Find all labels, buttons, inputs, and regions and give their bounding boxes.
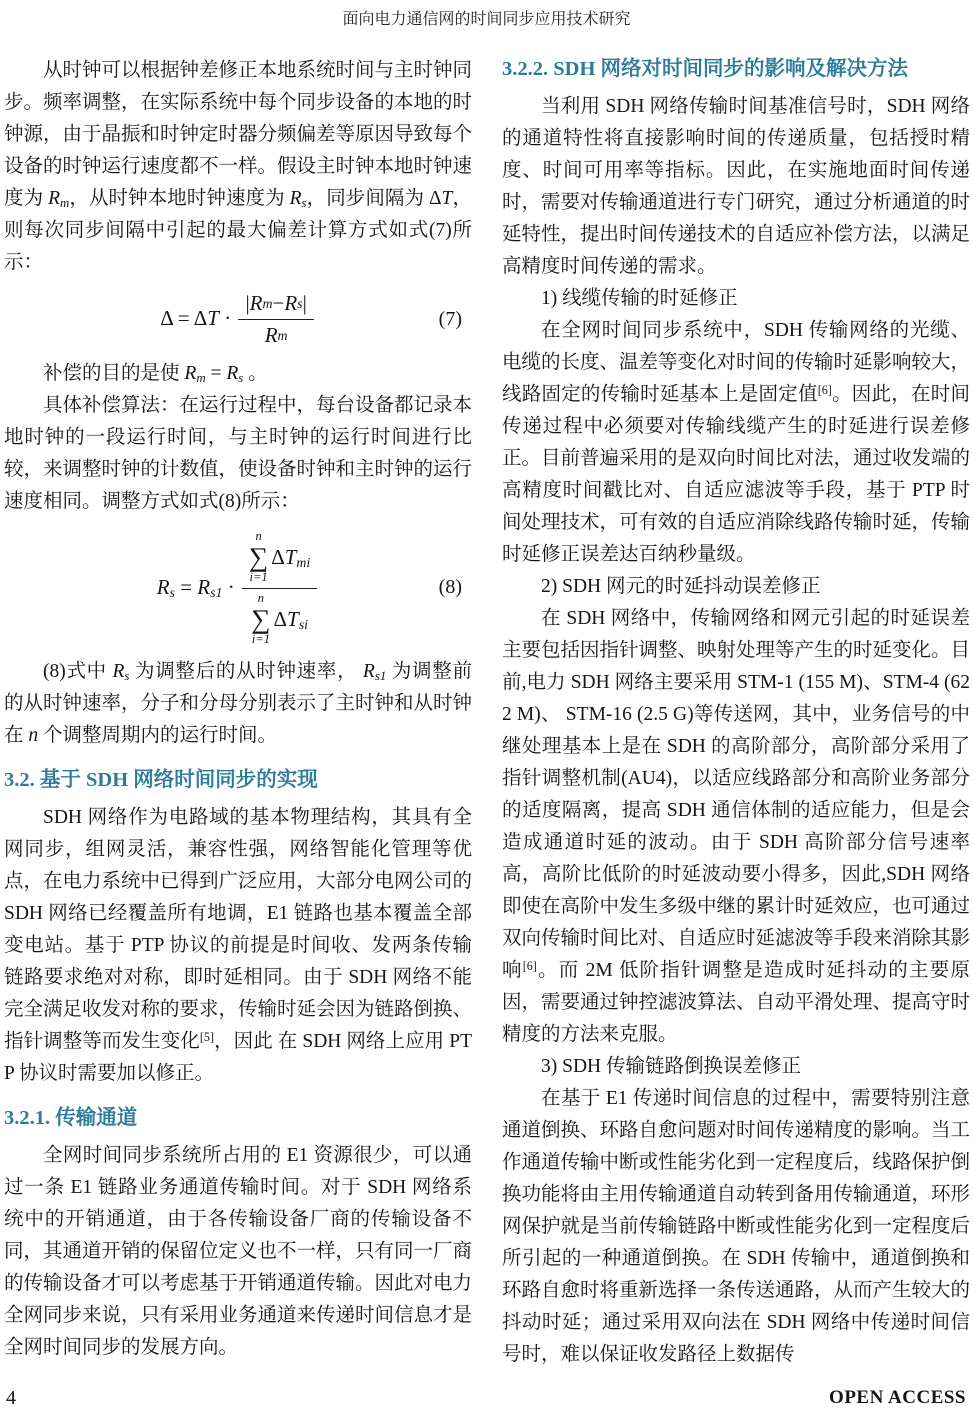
equation-7-denominator: Rm <box>265 320 288 348</box>
equation-7-number: (7) <box>439 307 462 331</box>
sum-term: ΔTmi <box>271 545 310 570</box>
list-item: 2) SDH 网元的时延抖动误差修正 <box>502 571 970 603</box>
sum-symbol: n ∑ i=1 <box>249 530 268 585</box>
paragraph: 补偿的目的是使 Rm = Rs 。 <box>4 358 472 390</box>
paragraph: 在基于 E1 传递时间信息的过程中，需要特别注意通道倒换、环路自愈问题对时间传递… <box>502 1083 970 1371</box>
right-column: 3.2.2. SDH 网络对时间同步的影响及解决方法 当利用 SDH 网络传输时… <box>502 55 970 1371</box>
left-column: 从时钟可以根据钟差修正本地系统时间与主时钟同步。频率调整，在实际系统中每个同步设… <box>4 55 472 1371</box>
section-heading-3-2-2: 3.2.2. SDH 网络对时间同步的影响及解决方法 <box>502 55 970 83</box>
equation-8-lhs: Rs = Rs1 · <box>157 575 240 600</box>
paragraph: 从时钟可以根据钟差修正本地系统时间与主时钟同步。频率调整，在实际系统中每个同步设… <box>4 55 472 279</box>
equation-7-numerator: |Rm − Rs| <box>238 289 313 320</box>
section-heading-3-2: 3.2. 基于 SDH 网络时间同步的实现 <box>4 766 472 794</box>
section-heading-3-2-1: 3.2.1. 传输通道 <box>4 1104 472 1132</box>
paragraph: 在全网时间同步系统中，SDH 传输网络的光缆、电缆的长度、温差等变化对时间的传输… <box>502 315 970 571</box>
paragraph: 具体补偿算法：在运行过程中，每台设备都记录本地时钟的一段运行时间，与主时钟的运行… <box>4 390 472 518</box>
list-item: 1) 线缆传输的时延修正 <box>502 283 970 315</box>
equation-8-denominator: n ∑ i=1 ΔTsi <box>251 589 308 647</box>
sum-lower-limit: i=1 <box>249 571 267 585</box>
sum-term: ΔTsi <box>274 607 308 632</box>
equation-7-fraction: |Rm − Rs| Rm <box>238 289 313 348</box>
open-access-label: OPEN ACCESS <box>829 1387 966 1409</box>
equation-8-numerator: n ∑ i=1 ΔTmi <box>242 528 317 589</box>
paragraph: 全网时间同步系统所占用的 E1 资源很少，可以通过一条 E1 链路业务通道传输时… <box>4 1140 472 1364</box>
paragraph: 当利用 SDH 网络传输时间基准信号时，SDH 网络的通道特性将直接影响时间的传… <box>502 91 970 283</box>
paper-page: 面向电力通信网的时间同步应用技术研究 从时钟可以根据钟差修正本地系统时间与主时钟… <box>0 0 973 1411</box>
page-number: 4 <box>6 1387 16 1409</box>
equation-8-fraction: n ∑ i=1 ΔTmi n ∑ i=1 ΔTsi <box>242 528 317 646</box>
page-title: 面向电力通信网的时间同步应用技术研究 <box>0 0 973 31</box>
paragraph: 在 SDH 网络中，传输网络和网元引起的时延误差主要包括因指针调整、映射处理等产… <box>502 603 970 1051</box>
two-column-body: 从时钟可以根据钟差修正本地系统时间与主时钟同步。频率调整，在实际系统中每个同步设… <box>0 31 973 1371</box>
sum-lower-limit: i=1 <box>252 633 270 647</box>
equation-7-lhs: Δ = ΔT · <box>160 306 236 331</box>
sum-symbol: n ∑ i=1 <box>251 592 270 647</box>
page-footer: 4 OPEN ACCESS <box>6 1387 966 1411</box>
paragraph: (8)式中 Rs 为调整后的从时钟速率， Rs1 为调整前的从时钟速率，分子和分… <box>4 656 472 752</box>
sigma-glyph: ∑ <box>249 544 268 571</box>
sigma-glyph: ∑ <box>251 606 270 633</box>
list-item: 3) SDH 传输链路倒换误差修正 <box>502 1051 970 1083</box>
paragraph: SDH 网络作为电路域的基本物理结构，其具有全网同步，组网灵活，兼容性强，网络智… <box>4 802 472 1090</box>
equation-7: Δ = ΔT · |Rm − Rs| Rm (7) <box>4 289 472 348</box>
equation-8: Rs = Rs1 · n ∑ i=1 ΔTmi n ∑ <box>4 528 472 646</box>
equation-8-number: (8) <box>439 575 462 599</box>
